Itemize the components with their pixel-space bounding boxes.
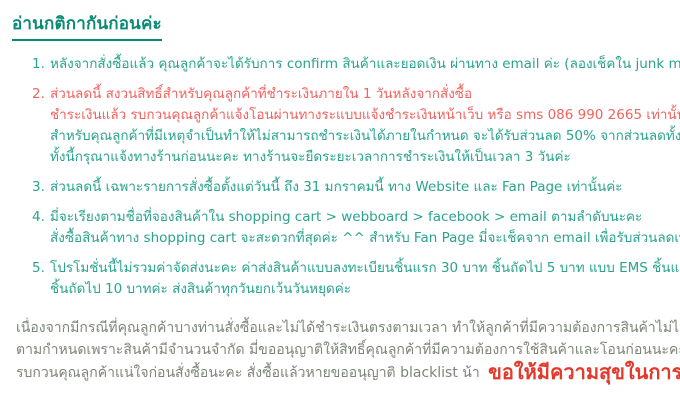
rules-document: อ่านกติกากันก่อนค่ะ 1. หลังจากสั่งซื้อแล… — [0, 0, 680, 384]
rule-number: 5. — [32, 258, 45, 279]
closing-paragraph: เนื่องจากมีกรณีที่คุณลูกค้าบางท่านสั่งซื… — [12, 317, 670, 384]
rule-item-5: 5. โปรโมชั่นนี้ไม่รวมค่าจัดส่งนะคะ ค่าส่… — [12, 258, 670, 300]
rule-line: โปรโมชั่นนี้ไม่รวมค่าจัดส่งนะคะ ค่าส่งสิ… — [50, 258, 670, 279]
rule-line: ส่วนลดนี้ เฉพาะรายการสั่งซื้อตั้งแต่วันน… — [50, 177, 670, 198]
rule-number: 3. — [32, 177, 45, 198]
rule-line: มี่จะเรียงตามชื่อที่จองสินค้าใน shopping… — [50, 207, 670, 228]
rule-item-4: 4. มี่จะเรียงตามชื่อที่จองสินค้าใน shopp… — [12, 207, 670, 249]
rule-item-3: 3. ส่วนลดนี้ เฉพาะรายการสั่งซื้อตั้งแต่ว… — [12, 177, 670, 198]
rule-line: สั่งซื้อสินค้าทาง shopping cart จะสะดวกท… — [50, 228, 670, 249]
rule-item-1: 1. หลังจากสั่งซื้อแล้ว คุณลูกค้าจะได้รับ… — [12, 54, 670, 75]
rule-line: ชำระเงินแล้ว รบกวนคุณลูกค้าแจ้งโอนผ่านทา… — [50, 105, 670, 126]
closing-line: เนื่องจากมีกรณีที่คุณลูกค้าบางท่านสั่งซื… — [16, 317, 670, 339]
rule-number: 4. — [32, 207, 45, 228]
rule-number: 1. — [32, 54, 45, 75]
page-title: อ่านกติกากันก่อนค่ะ — [12, 10, 162, 41]
closing-line: ตามกำหนดเพราะสินค้ามีจำนวนจำกัด มี่ขออนุ… — [16, 339, 670, 361]
closing-line-with-highlight: รบกวนคุณลูกค้าแน่ใจก่อนสั่งซื้อนะคะ สั่ง… — [16, 361, 670, 384]
rules-list: 1. หลังจากสั่งซื้อแล้ว คุณลูกค้าจะได้รับ… — [12, 54, 670, 300]
rule-number: 2. — [32, 84, 45, 105]
rule-line: สำหรับคุณลูกค้าที่มีเหตุจำเป็นทำให้ไม่สา… — [50, 126, 670, 147]
rule-line: หลังจากสั่งซื้อแล้ว คุณลูกค้าจะได้รับการ… — [50, 54, 670, 75]
happy-shopping-highlight: ขอให้มีความสุขในการช้อปปิ้งค่ะ — [488, 360, 680, 384]
rule-line: ชิ้นถัดไป 10 บาทค่ะ ส่งสินค้าทุกวันยกเว้… — [50, 279, 670, 300]
rule-line: ส่วนลดนี้ สงวนสิทธิ์สำหรับคุณลูกค้าที่ชำ… — [50, 84, 670, 105]
closing-line-prefix: รบกวนคุณลูกค้าแน่ใจก่อนสั่งซื้อนะคะ สั่ง… — [16, 365, 480, 381]
rule-line: ทั้งนี้กรุณาแจ้งทางร้านก่อนนะคะ ทางร้านจ… — [50, 147, 670, 168]
rule-item-2: 2. ส่วนลดนี้ สงวนสิทธิ์สำหรับคุณลูกค้าที… — [12, 84, 670, 168]
